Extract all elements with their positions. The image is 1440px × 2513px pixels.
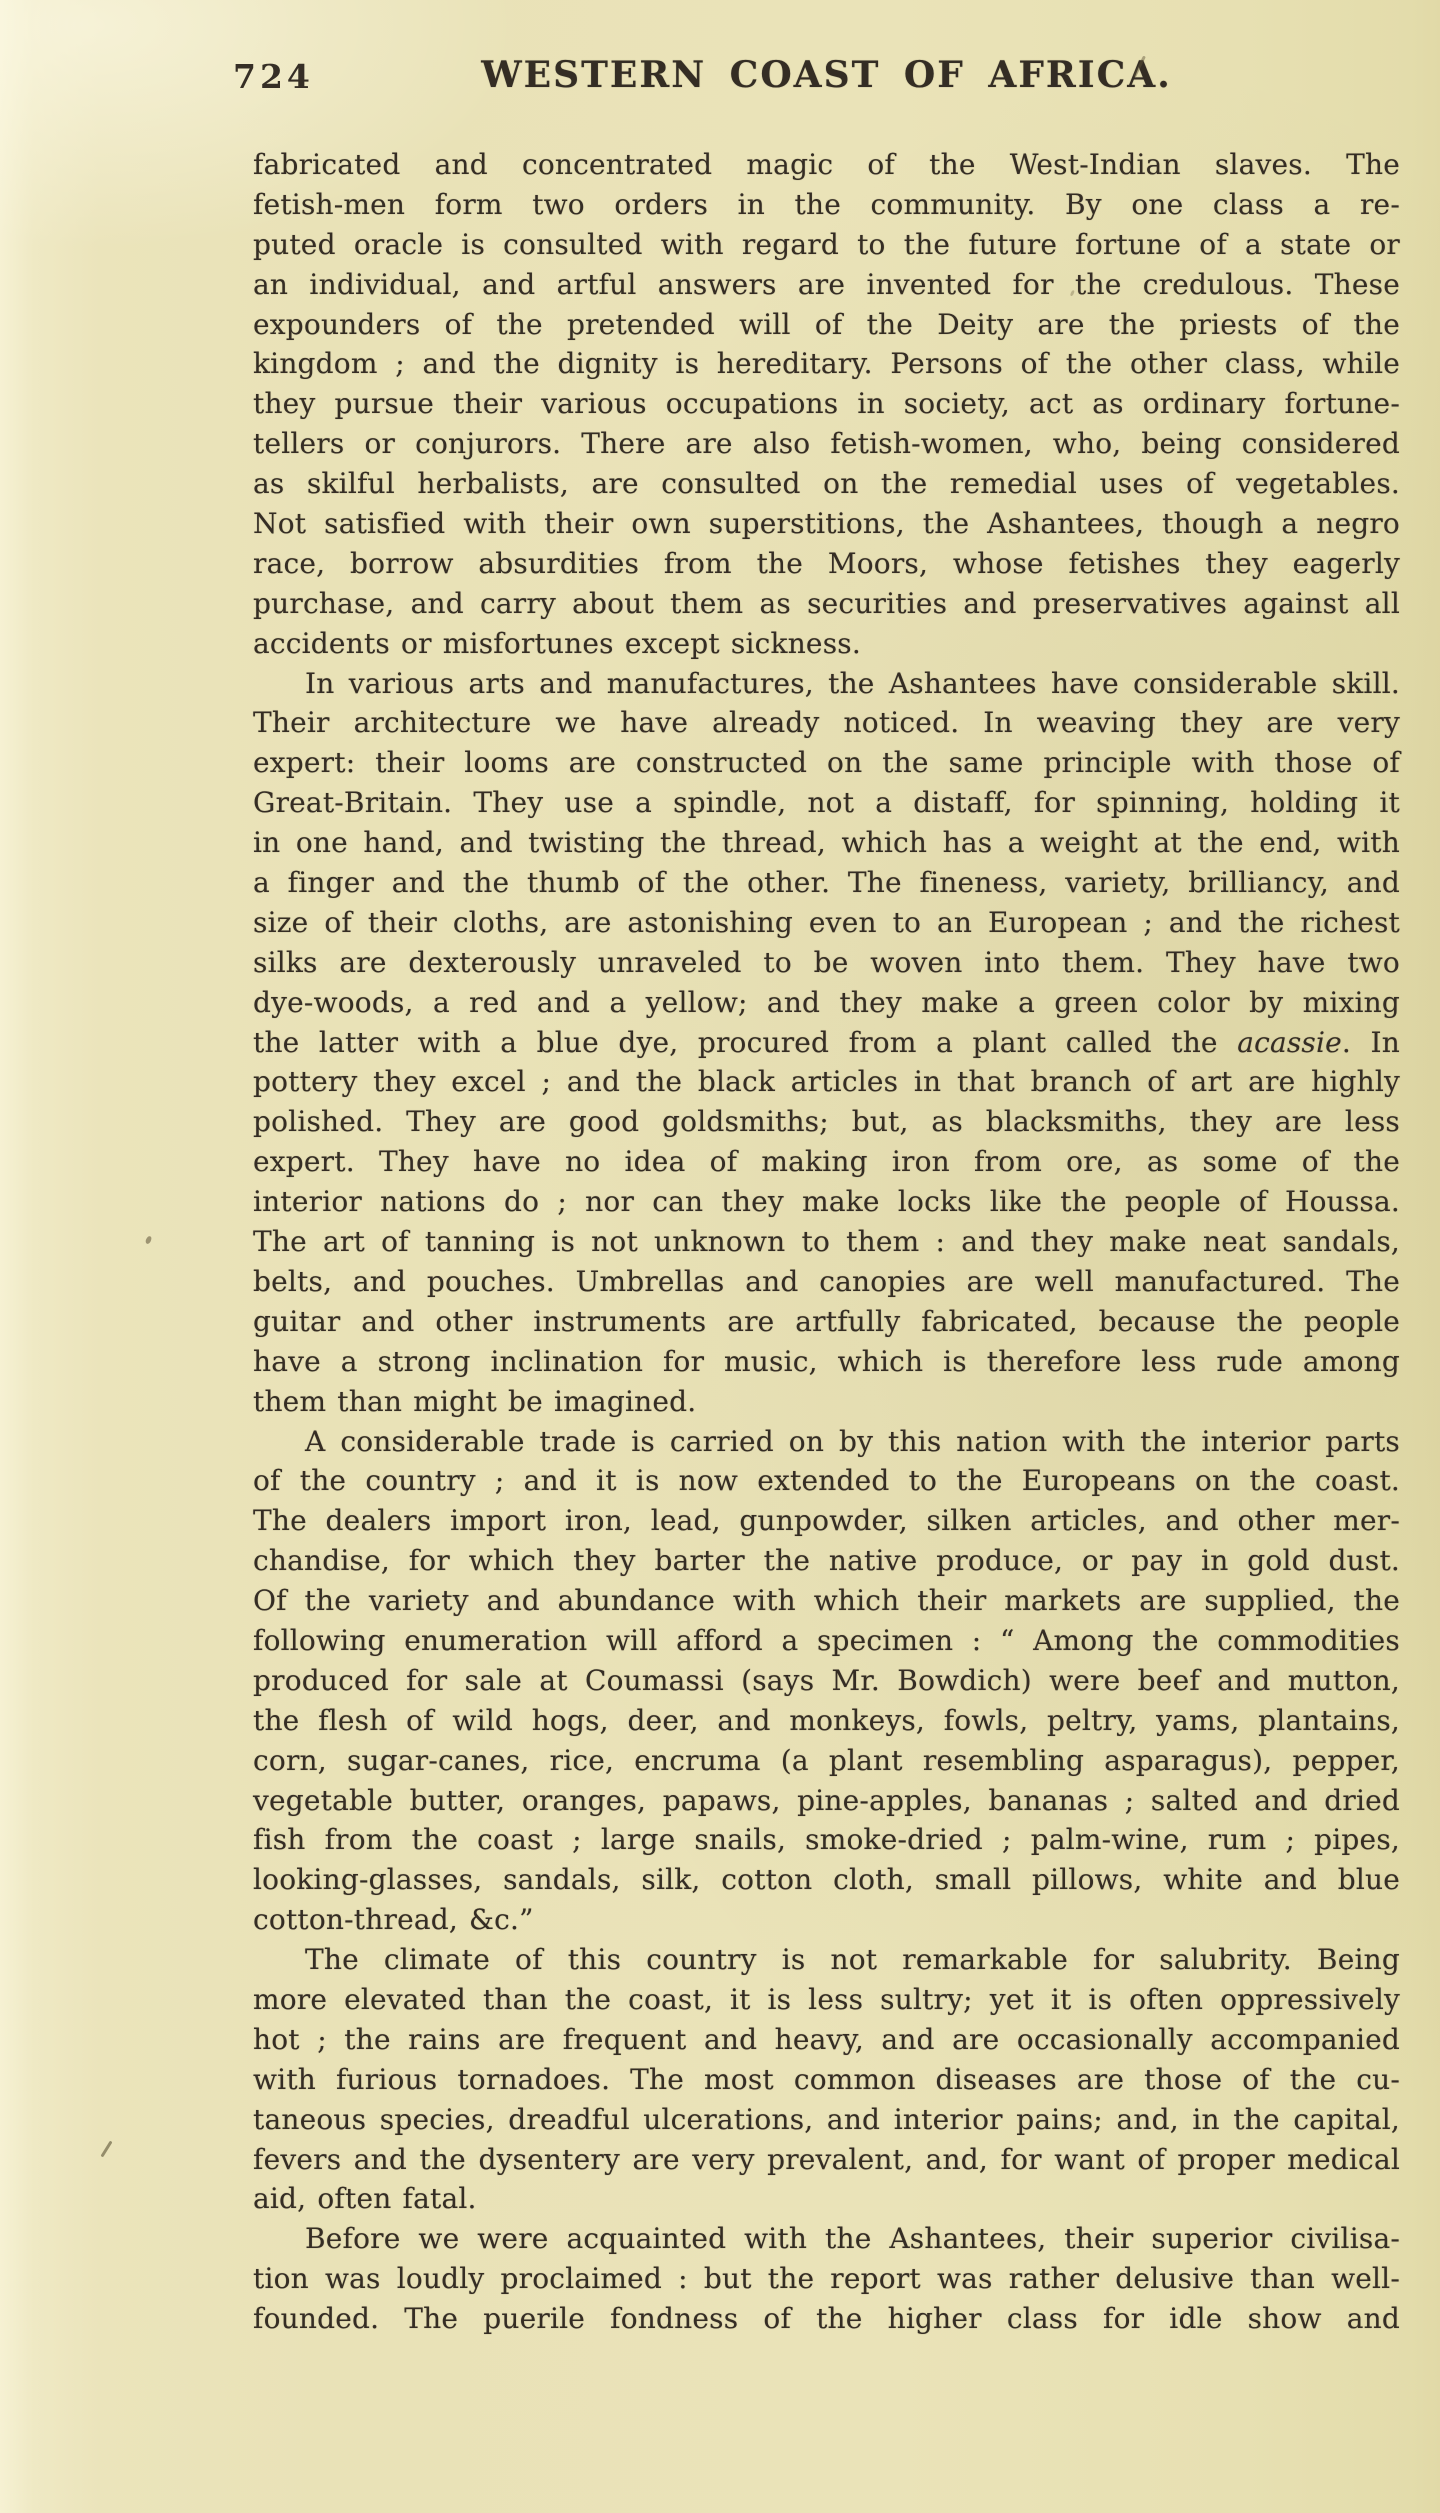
- body-line: fabricated and concentrated magic of the…: [253, 145, 1400, 185]
- line-text: them than might be imagined.: [253, 1385, 696, 1418]
- line-text: more elevated than the coast, it is less…: [253, 1983, 1400, 2016]
- body-line: In various arts and manufactures, the As…: [253, 664, 1400, 704]
- body-line: following enumeration will afford a spec…: [253, 1621, 1400, 1661]
- line-text: fetish-men form two orders in the commun…: [253, 188, 1400, 221]
- book-page: 724 WESTERN COAST OF AFRICA. fabricated …: [0, 0, 1440, 2513]
- paper-speck: [145, 1235, 152, 1244]
- line-text: with furious tornadoes. The most common …: [253, 2063, 1400, 2096]
- line-text: The climate of this country is not remar…: [305, 1943, 1400, 1976]
- body-line: Great-Britain. They use a spindle, not a…: [253, 783, 1400, 823]
- line-text: of the country ; and it is now extended …: [253, 1464, 1400, 1497]
- line-text: Before we were acquainted with the Ashan…: [305, 2222, 1400, 2255]
- line-text: corn, sugar-canes, rice, encruma (a plan…: [253, 1744, 1400, 1777]
- line-text: cotton-thread, &c.”: [253, 1903, 534, 1936]
- line-text: they pursue their various occupations in…: [253, 387, 1400, 420]
- body-line: tellers or conjurors. There are also fet…: [253, 424, 1400, 464]
- line-text-after: . In: [1342, 1026, 1400, 1059]
- line-text: fish from the coast ; large snails, smok…: [253, 1823, 1400, 1856]
- body-line: race, borrow absurdities from the Moors,…: [253, 544, 1400, 584]
- line-text: Of the variety and abundance with which …: [253, 1584, 1400, 1617]
- body-line: The dealers import iron, lead, gunpowder…: [253, 1501, 1400, 1541]
- body-line: silks are dexterously unraveled to be wo…: [253, 943, 1400, 983]
- line-text: accidents or misfortunes except sickness…: [253, 627, 861, 660]
- line-text: produced for sale at Coumassi (says Mr. …: [253, 1664, 1400, 1697]
- body-line: polished. They are good goldsmiths; but,…: [253, 1102, 1400, 1142]
- body-line: kingdom ; and the dignity is hereditary.…: [253, 344, 1400, 384]
- body-line: cotton-thread, &c.”: [253, 1900, 1400, 1940]
- body-line: fetish-men form two orders in the commun…: [253, 185, 1400, 225]
- body-line: them than might be imagined.: [253, 1382, 1400, 1422]
- body-line: expounders of the pretended will of the …: [253, 305, 1400, 345]
- body-line: taneous species, dreadful ulcerations, a…: [253, 2100, 1400, 2140]
- body-line: fish from the coast ; large snails, smok…: [253, 1820, 1400, 1860]
- body-line: aid, often fatal.: [253, 2179, 1400, 2219]
- line-text: in one hand, and twisting the thread, wh…: [253, 826, 1400, 859]
- body-line: with furious tornadoes. The most common …: [253, 2060, 1400, 2100]
- line-text: race, borrow absurdities from the Moors,…: [253, 547, 1400, 580]
- body-line: The climate of this country is not remar…: [253, 1940, 1400, 1980]
- line-text: tion was loudly proclaimed : but the rep…: [253, 2262, 1400, 2295]
- body-line: Not satisfied with their own superstitio…: [253, 504, 1400, 544]
- line-text: have a strong inclination for music, whi…: [253, 1345, 1400, 1378]
- line-text: size of their cloths, are astonishing ev…: [253, 906, 1400, 939]
- body-line: expert: their looms are constructed on t…: [253, 743, 1400, 783]
- line-text: pottery they excel ; and the black artic…: [253, 1065, 1400, 1098]
- body-line: as skilful herbalists, are consulted on …: [253, 464, 1400, 504]
- body-line: chandise, for which they barter the nati…: [253, 1541, 1400, 1581]
- body-line: interior nations do ; nor can they make …: [253, 1182, 1400, 1222]
- body-line: Of the variety and abundance with which …: [253, 1581, 1400, 1621]
- line-text: the latter with a blue dye, procured fro…: [253, 1026, 1237, 1059]
- body-line: looking-glasses, sandals, silk, cotton c…: [253, 1860, 1400, 1900]
- body-line: the latter with a blue dye, procured fro…: [253, 1023, 1400, 1063]
- line-text: tellers or conjurors. There are also fet…: [253, 427, 1400, 460]
- body-line: expert. They have no idea of making iron…: [253, 1142, 1400, 1182]
- body-line: accidents or misfortunes except sickness…: [253, 624, 1400, 664]
- line-text: fevers and the dysentery are very preval…: [253, 2143, 1400, 2176]
- line-text: expert: their looms are constructed on t…: [253, 746, 1400, 779]
- line-text: Not satisfied with their own superstitio…: [253, 507, 1400, 540]
- pen-mark: [100, 2141, 112, 2158]
- body-line: the flesh of wild hogs, deer, and monkey…: [253, 1701, 1400, 1741]
- line-text: The dealers import iron, lead, gunpowder…: [253, 1504, 1400, 1537]
- body-line: in one hand, and twisting the thread, wh…: [253, 823, 1400, 863]
- body-line: purchase, and carry about them as securi…: [253, 584, 1400, 624]
- body-line: Their architecture we have already notic…: [253, 703, 1400, 743]
- body-line: of the country ; and it is now extended …: [253, 1461, 1400, 1501]
- body-line: they pursue their various occupations in…: [253, 384, 1400, 424]
- line-text: an individual, and artful answers are in…: [253, 268, 1400, 301]
- line-text: polished. They are good goldsmiths; but,…: [253, 1105, 1400, 1138]
- line-text: chandise, for which they barter the nati…: [253, 1544, 1400, 1577]
- body-line: an individual, and artful answers are in…: [253, 265, 1400, 305]
- line-text: a finger and the thumb of the other. The…: [253, 866, 1400, 899]
- body-line: belts, and pouches. Umbrellas and canopi…: [253, 1262, 1400, 1302]
- body-line: hot ; the rains are frequent and heavy, …: [253, 2020, 1400, 2060]
- body-line: dye-woods, a red and a yellow; and they …: [253, 983, 1400, 1023]
- line-text: as skilful herbalists, are consulted on …: [253, 467, 1400, 500]
- line-text: hot ; the rains are frequent and heavy, …: [253, 2023, 1400, 2056]
- line-text: expounders of the pretended will of the …: [253, 308, 1400, 341]
- body-line: A considerable trade is carried on by th…: [253, 1422, 1400, 1462]
- line-text: purchase, and carry about them as securi…: [253, 587, 1400, 620]
- line-text: The art of tanning is not unknown to the…: [253, 1225, 1400, 1258]
- line-text: the flesh of wild hogs, deer, and monkey…: [253, 1704, 1400, 1737]
- body-line: puted oracle is consulted with regard to…: [253, 225, 1400, 265]
- body-line: Before we were acquainted with the Ashan…: [253, 2219, 1400, 2259]
- line-text: In various arts and manufactures, the As…: [305, 667, 1400, 700]
- line-text: interior nations do ; nor can they make …: [253, 1185, 1400, 1218]
- italic-word: acassie: [1237, 1026, 1342, 1059]
- body-line: fevers and the dysentery are very preval…: [253, 2140, 1400, 2180]
- line-text: taneous species, dreadful ulcerations, a…: [253, 2103, 1400, 2136]
- body-line: size of their cloths, are astonishing ev…: [253, 903, 1400, 943]
- line-text: expert. They have no idea of making iron…: [253, 1145, 1400, 1178]
- body-line: The art of tanning is not unknown to the…: [253, 1222, 1400, 1262]
- page-text: fabricated and concentrated magic of the…: [253, 145, 1400, 2339]
- line-text: belts, and pouches. Umbrellas and canopi…: [253, 1265, 1400, 1298]
- line-text: fabricated and concentrated magic of the…: [253, 148, 1400, 181]
- body-line: tion was loudly proclaimed : but the rep…: [253, 2259, 1400, 2299]
- line-text: puted oracle is consulted with regard to…: [253, 228, 1400, 261]
- line-text: guitar and other instruments are artfull…: [253, 1305, 1400, 1338]
- line-text: looking-glasses, sandals, silk, cotton c…: [253, 1863, 1400, 1896]
- line-text: Great-Britain. They use a spindle, not a…: [253, 786, 1400, 819]
- line-text: kingdom ; and the dignity is hereditary.…: [253, 347, 1400, 380]
- body-line: founded. The puerile fondness of the hig…: [253, 2299, 1400, 2339]
- line-text: following enumeration will afford a spec…: [253, 1624, 1400, 1657]
- line-text: Their architecture we have already notic…: [253, 706, 1400, 739]
- body-line: vegetable butter, oranges, papaws, pine-…: [253, 1781, 1400, 1821]
- running-title: WESTERN COAST OF AFRICA.: [253, 54, 1400, 96]
- body-line: have a strong inclination for music, whi…: [253, 1342, 1400, 1382]
- body-line: guitar and other instruments are artfull…: [253, 1302, 1400, 1342]
- line-text: silks are dexterously unraveled to be wo…: [253, 946, 1400, 979]
- body-line: a finger and the thumb of the other. The…: [253, 863, 1400, 903]
- line-text: vegetable butter, oranges, papaws, pine-…: [253, 1784, 1400, 1817]
- line-text: founded. The puerile fondness of the hig…: [253, 2302, 1400, 2335]
- line-text: A considerable trade is carried on by th…: [305, 1425, 1400, 1458]
- line-text: dye-woods, a red and a yellow; and they …: [253, 986, 1400, 1019]
- body-line: produced for sale at Coumassi (says Mr. …: [253, 1661, 1400, 1701]
- body-line: corn, sugar-canes, rice, encruma (a plan…: [253, 1741, 1400, 1781]
- line-text: aid, often fatal.: [253, 2182, 477, 2215]
- body-line: more elevated than the coast, it is less…: [253, 1980, 1400, 2020]
- body-line: pottery they excel ; and the black artic…: [253, 1062, 1400, 1102]
